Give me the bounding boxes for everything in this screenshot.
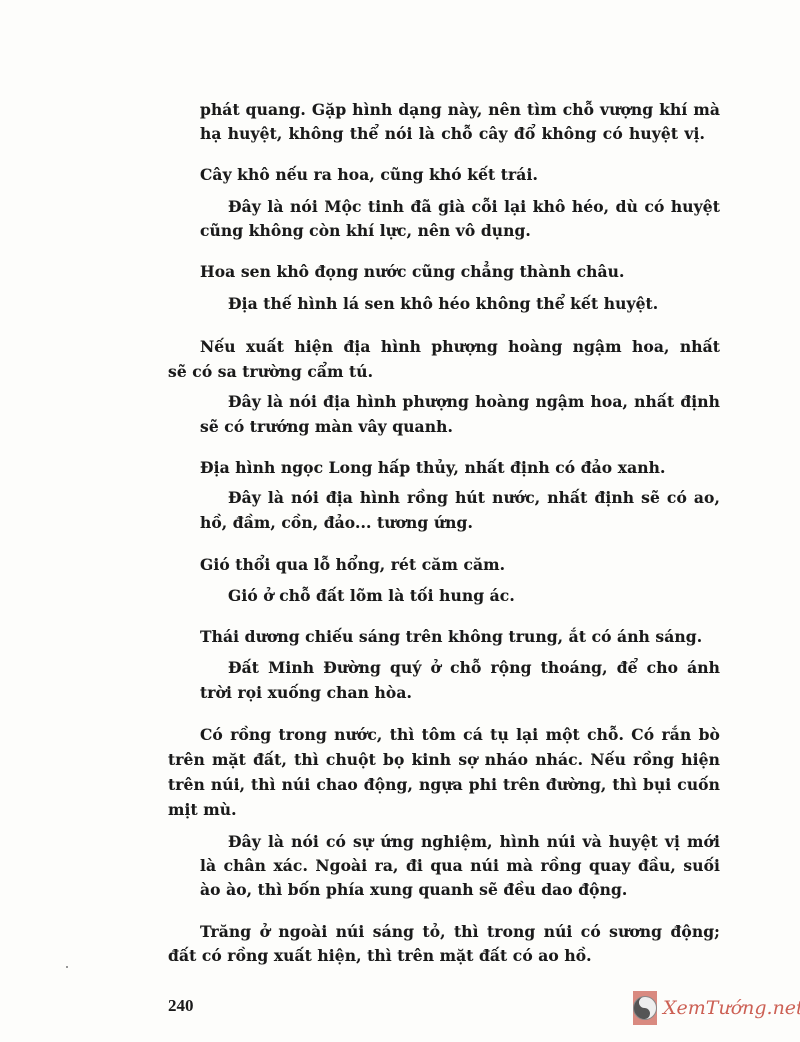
text-line: Đây là nói có sự ứng nghiệm, hình núi và… bbox=[228, 832, 720, 852]
text-line: sẽ có sa trường cẩm tú. bbox=[168, 362, 373, 382]
text-line: Gió thổi qua lỗ hổng, rét căm căm. bbox=[200, 555, 505, 575]
text-line: Đất Minh Đường quý ở chỗ rộng thoáng, để… bbox=[228, 658, 720, 678]
text-line: đất có rồng xuất hiện, thì trên mặt đất … bbox=[168, 946, 592, 966]
text-line: Địa thế hình lá sen khô héo không thể kế… bbox=[228, 294, 658, 314]
text-line: Hoa sen khô đọng nước cũng chẳng thành c… bbox=[200, 262, 625, 282]
watermark-text: XemTướng.net bbox=[663, 997, 800, 1019]
text-line: Đây là nói địa hình phượng hoàng ngậm ho… bbox=[228, 392, 720, 412]
text-line: Đây là nói địa hình rồng hút nước, nhất … bbox=[228, 488, 720, 508]
text-line: Nếu xuất hiện địa hình phượng hoàng ngậm… bbox=[200, 337, 720, 357]
text-line: sẽ có trướng màn vây quanh. bbox=[200, 417, 453, 437]
text-line: ào ào, thì bốn phía xung quanh sẽ đều da… bbox=[200, 880, 627, 900]
text-line: trời rọi xuống chan hòa. bbox=[200, 683, 412, 703]
text-line: Có rồng trong nước, thì tôm cá tụ lại mộ… bbox=[200, 725, 720, 745]
text-line: mịt mù. bbox=[168, 800, 237, 820]
scan-speck bbox=[66, 966, 68, 968]
text-line: hạ huyệt, không thể nói là chỗ cây đổ kh… bbox=[200, 124, 705, 144]
text-line: Đây là nói Mộc tinh đã già cỗi lại khô h… bbox=[228, 197, 720, 217]
text-line: Địa hình ngọc Long hấp thủy, nhất định c… bbox=[200, 458, 665, 478]
book-page: phát quang. Gặp hình dạng này, nên tìm c… bbox=[0, 0, 800, 1042]
text-line: Thái dương chiếu sáng trên không trung, … bbox=[200, 627, 702, 647]
text-line: cũng không còn khí lực, nên vô dụng. bbox=[200, 221, 531, 241]
text-line: Trăng ở ngoài núi sáng tỏ, thì trong núi… bbox=[200, 922, 720, 942]
text-line: phát quang. Gặp hình dạng này, nên tìm c… bbox=[200, 100, 720, 120]
text-line: trên mặt đất, thì chuột bọ kinh sợ nháo … bbox=[168, 750, 720, 770]
text-line: Cây khô nếu ra hoa, cũng khó kết trái. bbox=[200, 165, 538, 185]
yin-yang-icon bbox=[633, 991, 657, 1025]
page-number: 240 bbox=[168, 996, 194, 1016]
text-line: là chân xác. Ngoài ra, đi qua núi mà rồn… bbox=[200, 856, 720, 876]
text-line: trên núi, thì núi chao động, ngựa phi tr… bbox=[168, 775, 720, 795]
watermark-logo: XemTướng.net bbox=[633, 990, 793, 1026]
text-line: hồ, đầm, cồn, đảo... tương ứng. bbox=[200, 513, 473, 533]
text-line: Gió ở chỗ đất lõm là tối hung ác. bbox=[228, 586, 515, 606]
